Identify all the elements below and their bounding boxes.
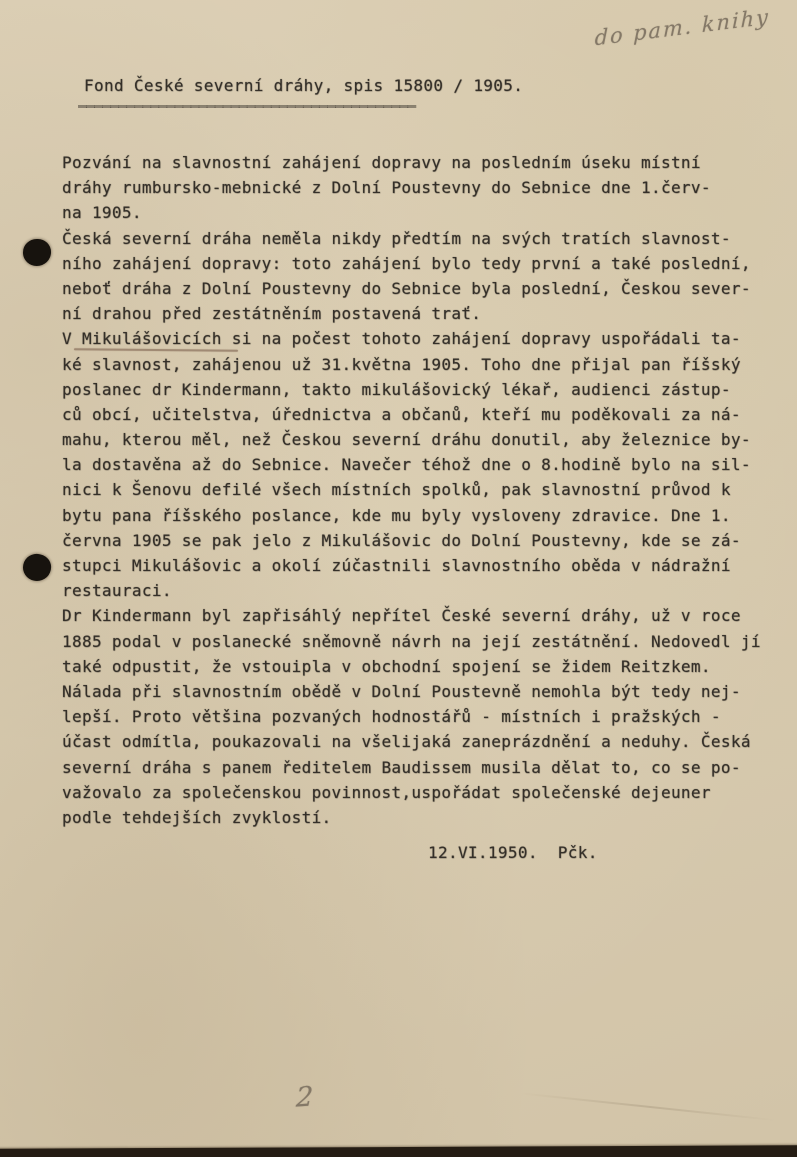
text-line: restauraci.	[62, 578, 768, 603]
title-underline-rule: ————————————————————————————————————————…	[78, 96, 478, 114]
text-line: V Mikulášovicích si na počest tohoto zah…	[62, 326, 768, 351]
text-line: podle tehdejších zvyklostí.	[62, 805, 768, 830]
handwritten-page-number: 2	[295, 1081, 313, 1113]
text-line: Česká severní dráha neměla nikdy předtím…	[62, 226, 768, 251]
text-line: severní dráha s panem ředitelem Baudisse…	[62, 755, 768, 780]
text-line: Nálada při slavnostním obědě v Dolní Pou…	[62, 679, 768, 704]
text-line: poslanec dr Kindermann, takto mikulášovi…	[62, 377, 768, 402]
typewritten-body: Pozvání na slavnostní zahájení dopravy n…	[62, 150, 768, 830]
handwritten-top-note: do pam. knihy	[595, 2, 794, 51]
date-signature: 12.VI.1950. Pčk.	[428, 843, 598, 862]
text-line: na 1905.	[62, 200, 768, 225]
text-line: také odpustit, že vstouipla v obchodní s…	[62, 654, 768, 679]
text-line: mahu, kterou měl, než Českou severní drá…	[62, 427, 768, 452]
scanned-page: do pam. knihy Fond České severní dráhy, …	[0, 0, 797, 1157]
archive-fond-title: Fond České severní dráhy, spis 15800 / 1…	[84, 76, 523, 95]
text-line: Pozvání na slavnostní zahájení dopravy n…	[62, 150, 768, 175]
text-line: ního zahájení dopravy: toto zahájení byl…	[62, 251, 768, 276]
paper-crease	[521, 1092, 780, 1121]
text-line: 1885 podal v poslanecké sněmovně návrh n…	[62, 629, 768, 654]
text-line: stupci Mikulášovic a okolí zúčastnili sl…	[62, 553, 768, 578]
punch-hole-bottom	[20, 551, 53, 583]
text-line: ké slavnost, zahájenou už 31.května 1905…	[62, 352, 768, 377]
text-line: ců obcí, učitelstva, úřednictva a občanů…	[62, 402, 768, 427]
text-line: nici k Šenovu defilé všech místních spol…	[62, 477, 768, 502]
text-line: Dr Kindermann byl zapřisáhlý nepřítel Če…	[62, 603, 768, 628]
text-line: la dostavěna až do Sebnice. Navečer tého…	[62, 452, 768, 477]
text-line: června 1905 se pak jelo z Mikulášovic do…	[62, 528, 768, 553]
text-line: važovalo za společenskou povinnost,uspoř…	[62, 780, 768, 805]
punch-hole-top	[23, 239, 51, 266]
text-line: bytu pana říšského poslance, kde mu byly…	[62, 503, 768, 528]
scan-bottom-edge	[0, 1145, 797, 1157]
text-line: dráhy rumbursko-mebnické z Dolní Poustev…	[62, 175, 768, 200]
text-line: ní drahou před zestátněním postavená tra…	[62, 301, 768, 326]
text-line: lepší. Proto většina pozvaných hodnostář…	[62, 704, 768, 729]
text-line: neboť dráha z Dolní Poustevny do Sebnice…	[62, 276, 768, 301]
text-line: účast odmítla, poukazovali na všelijaká …	[62, 729, 768, 754]
